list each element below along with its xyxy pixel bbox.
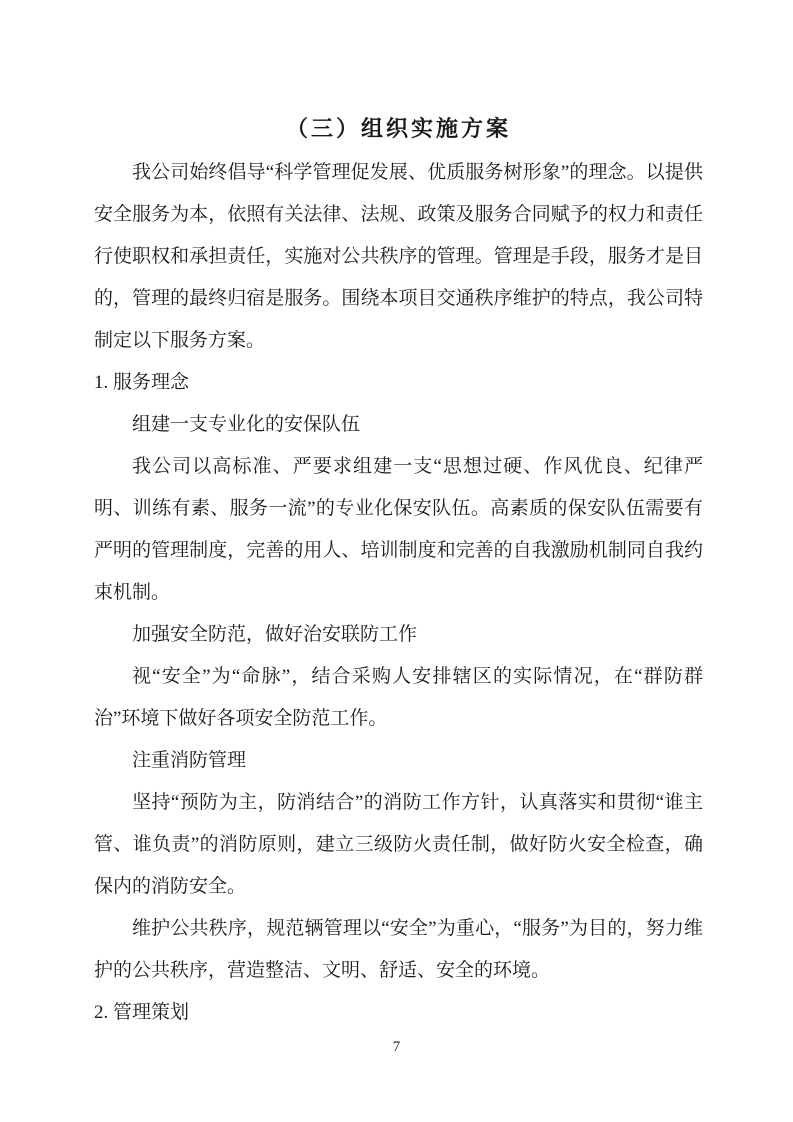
paragraph-fire-management-title: 注重消防管理: [94, 740, 703, 782]
paragraph-public-order: 维护公共秩序，规范辆管理以“安全”为重心，“服务”为目的，努力维护的公共秩序，营…: [94, 908, 703, 992]
paragraph-fire-management-body: 坚持“预防为主，防消结合”的消防工作方针，认真落实和贯彻“谁主管、谁负责”的消防…: [94, 782, 703, 908]
paragraph-service-concept-intro: 我公司始终倡导“科学管理促发展、优质服务树形象”的理念。以提供安全服务为本，依照…: [94, 152, 703, 362]
paragraph-strengthen-security-body: 视“安全”为“命脉”，结合采购人安排辖区的实际情况，在“群防群治”环境下做好各项…: [94, 656, 703, 740]
document-body: （三）组织实施方案 我公司始终倡导“科学管理促发展、优质服务树形象”的理念。以提…: [94, 105, 703, 1034]
page-number: 7: [0, 1036, 793, 1058]
section-heading-2-management-planning: 2. 管理策划: [94, 992, 703, 1034]
section-heading-1-service-concept: 1. 服务理念: [94, 362, 703, 404]
paragraph-build-security-team-title: 组建一支专业化的安保队伍: [94, 404, 703, 446]
paragraph-strengthen-security-title: 加强安全防范，做好治安联防工作: [94, 614, 703, 656]
paragraph-build-security-team-body: 我公司以高标准、严要求组建一支“思想过硬、作风优良、纪律严明、训练有素、服务一流…: [94, 446, 703, 614]
document-title: （三）组织实施方案: [94, 105, 703, 152]
document-page: （三）组织实施方案 我公司始终倡导“科学管理促发展、优质服务树形象”的理念。以提…: [0, 0, 793, 1122]
